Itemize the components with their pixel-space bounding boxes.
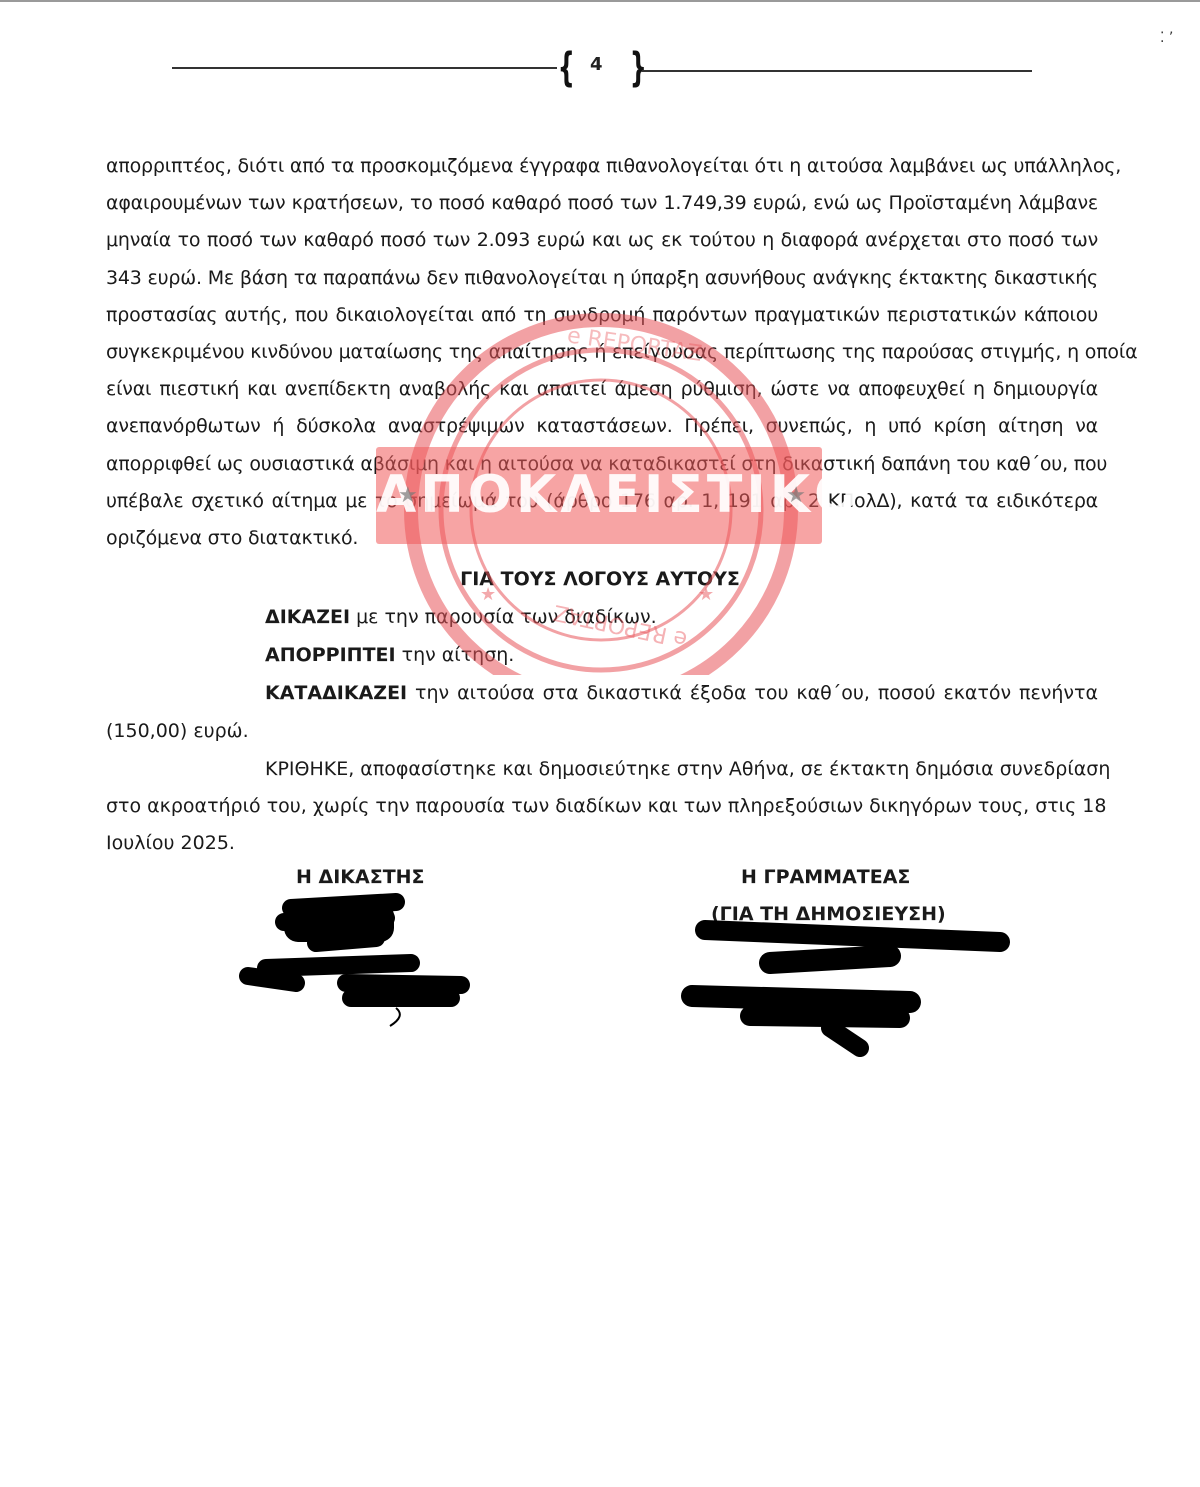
secretary-signature-redaction: [680, 918, 1020, 1063]
judge-signature-redaction: [236, 888, 486, 1028]
order-verb: ΑΠΟΡΡΙΠΤΕΙ: [265, 644, 396, 666]
scan-specks: ⁚ ’: [1160, 30, 1173, 46]
order-item: ΚΑΤΑΔΙΚΑΖΕΙ την αιτούσα στα δικαστικά έξ…: [106, 674, 1098, 712]
body-line: προστασίας αυτής, που δικαιολογείται από…: [106, 297, 1098, 334]
ruling-heading: ΓΙΑ ΤΟΥΣ ΛΟΓΟΥΣ ΑΥΤΟΥΣ: [0, 562, 1200, 596]
order-verb: ΚΑΤΑΔΙΚΑΖΕΙ: [265, 682, 407, 704]
order-text: την αιτούσα στα δικαστικά έξοδα του καθ΄…: [407, 682, 1098, 704]
order-item: ΔΙΚΑΖΕΙ με την παρουσία των διαδίκων.: [106, 598, 1098, 636]
bracket-right: }: [630, 40, 647, 96]
body-line: είναι πιεστική και ανεπίδεκτη αναβολής κ…: [106, 371, 1098, 408]
star-icon: ★: [398, 447, 418, 544]
page-header: { 4 }: [172, 40, 1032, 100]
watermark-banner: ★ ΑΠΟΚΛΕΙΣΤΙΚΟ ★: [376, 447, 822, 544]
body-line: 343 ευρώ. Με βάση τα παραπάνω δεν πιθανο…: [106, 260, 1098, 297]
closing-paragraph: ΚΡΙΘΗΚΕ, αποφασίστηκε και δημοσιεύτηκε σ…: [106, 751, 1098, 862]
body-line: απορριπτέος, διότι από τα προσκομιζόμενα…: [106, 148, 1098, 185]
closing-line: ΚΡΙΘΗΚΕ, αποφασίστηκε και δημοσιεύτηκε σ…: [106, 751, 1098, 788]
order-text: την αίτηση.: [396, 644, 515, 666]
judge-title: Η ΔΙΚΑΣΤΗΣ: [296, 866, 425, 888]
body-line: αφαιρουμένων των κρατήσεων, το ποσό καθα…: [106, 185, 1098, 222]
body-line: ανεπανόρθωτων ή δύσκολα αναστρέψιμων κατ…: [106, 408, 1098, 445]
order-verb: ΔΙΚΑΖΕΙ: [265, 606, 350, 628]
body-line: συγκεκριμένου κινδύνου ματαίωσης της απα…: [106, 334, 1098, 371]
ruling-orders: ΔΙΚΑΖΕΙ με την παρουσία των διαδίκων. ΑΠ…: [106, 598, 1098, 750]
order-amount: (150,00) ευρώ.: [106, 712, 1098, 750]
scan-top-edge: [0, 0, 1200, 2]
order-text: με την παρουσία των διαδίκων.: [350, 606, 657, 628]
body-line: μηναία το ποσό των καθαρό ποσό των 2.093…: [106, 222, 1098, 259]
bracket-left: {: [558, 40, 575, 96]
header-rule-right: [642, 70, 1032, 72]
secretary-title: Η ΓΡΑΜΜΑΤΕΑΣ: [741, 866, 910, 888]
header-rule-left: [172, 67, 557, 69]
closing-line: στο ακροατήριό του, χωρίς την παρουσία τ…: [106, 788, 1098, 825]
page-number: 4: [590, 54, 603, 75]
order-item: ΑΠΟΡΡΙΠΤΕΙ την αίτηση.: [106, 636, 1098, 674]
star-icon: ★: [786, 447, 806, 544]
closing-line: Ιουλίου 2025.: [106, 825, 1098, 862]
